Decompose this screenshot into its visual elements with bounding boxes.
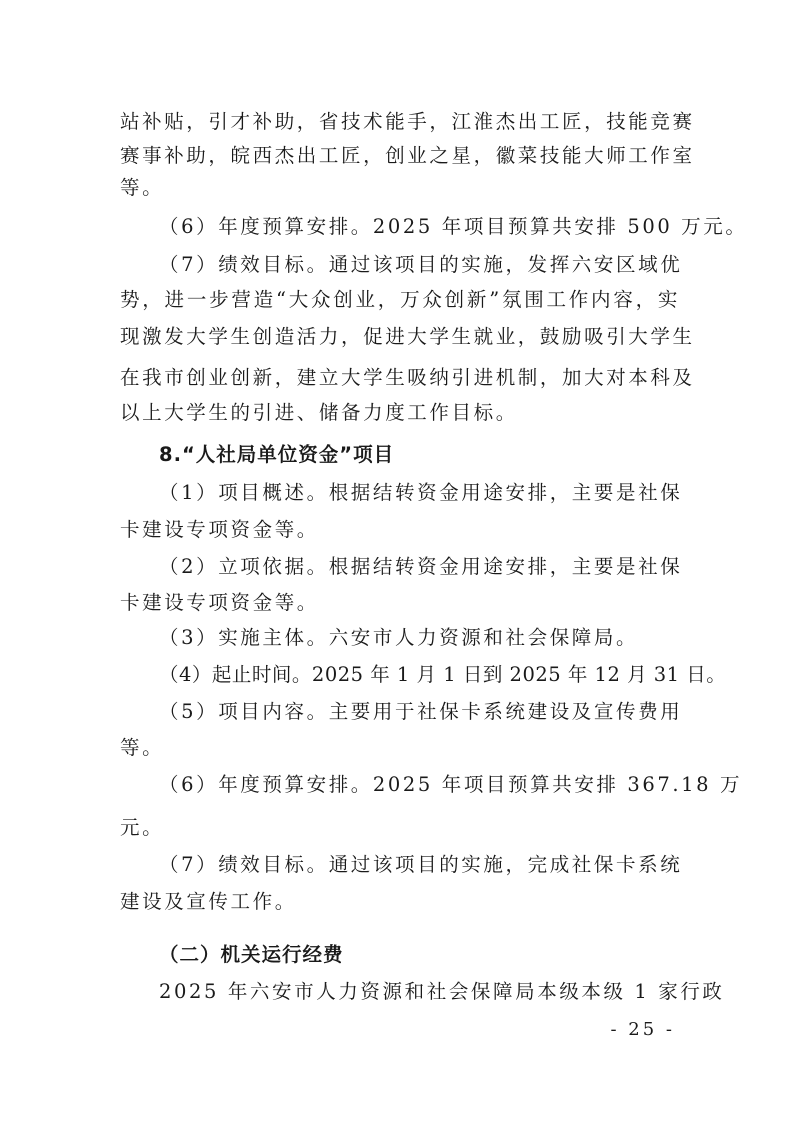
body-text-line: 2025 年六安市人力资源和社会保障局本级本级 1 家行政 [159, 980, 680, 1004]
body-text-line: 建设及宣传工作。 [120, 890, 680, 914]
body-text-line: 元。 [120, 816, 680, 840]
body-text-line: 在我市创业创新，建立大学生吸纳引进机制，加大对本科及 [120, 366, 680, 390]
section-heading: 8.“人社局单位资金”项目 [159, 443, 394, 467]
body-text-line: （7）绩效目标。通过该项目的实施，完成社保卡系统 [159, 853, 680, 877]
body-text-line: （2）立项依据。根据结转资金用途安排，主要是社保 [159, 555, 680, 579]
body-text-line: （3）实施主体。六安市人力资源和社会保障局。 [159, 626, 680, 650]
body-text-line: 等。 [120, 176, 680, 200]
body-text-line: （7）绩效目标。通过该项目的实施，发挥六安区域优 [159, 253, 680, 277]
body-text-line: 等。 [120, 736, 680, 760]
body-text-line: 以上大学生的引进、储备力度工作目标。 [120, 401, 680, 425]
body-text-line: （1）项目概述。根据结转资金用途安排，主要是社保 [159, 481, 680, 505]
page-number: - 25 - [610, 1018, 675, 1042]
body-text-line: 卡建设专项资金等。 [120, 518, 680, 542]
body-text-line: （6）年度预算安排。2025 年项目预算共安排 500 万元。 [159, 215, 680, 239]
body-text-line: （5）项目内容。主要用于社保卡系统建设及宣传费用 [159, 700, 680, 724]
body-text-line: （6）年度预算安排。2025 年项目预算共安排 367.18 万 [159, 773, 680, 797]
body-text-line: 站补贴，引才补助，省技术能手，江淮杰出工匠，技能竞赛 [120, 110, 680, 134]
body-text-line: 现激发大学生创造活力，促进大学生就业，鼓励吸引大学生 [120, 325, 680, 349]
body-text-line: 卡建设专项资金等。 [120, 591, 680, 615]
body-text-line: （4）起止时间。2025 年 1 月 1 日到 2025 年 12 月 31 日… [159, 663, 680, 687]
body-text-line: 赛事补助，皖西杰出工匠，创业之星，徽菜技能大师工作室 [120, 144, 680, 168]
section-heading: （二）机关运行经费 [159, 943, 344, 967]
body-text-line: 势，进一步营造“大众创业，万众创新”氛围工作内容，实 [120, 288, 680, 312]
